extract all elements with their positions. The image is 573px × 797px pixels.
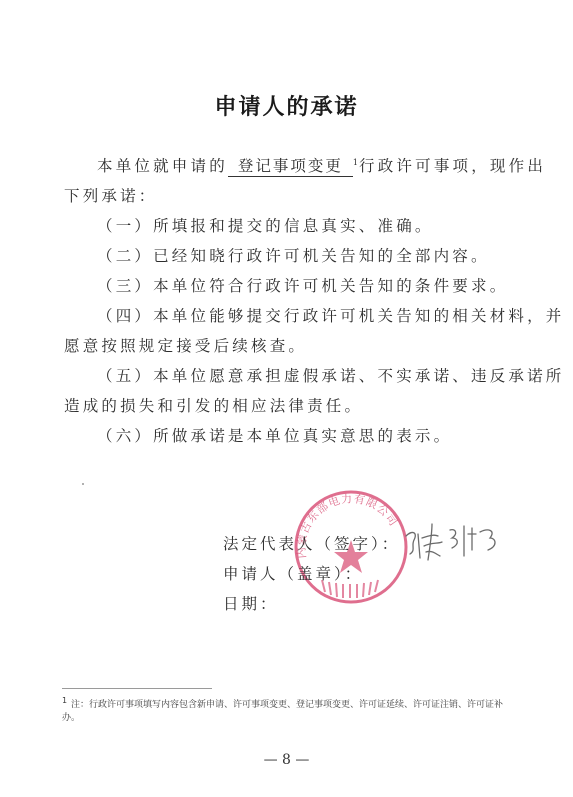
commitment-4-line-2: 愿意按照规定接受后续核查。 [64, 334, 307, 356]
footnote-text: 注：行政许可事项填写内容包含新申请、许可事项变更、登记事项变更、许可证延续、许可… [62, 700, 503, 723]
intro-line-1: 本单位就申请的登记事项变更1行政许可事项，现作出 [97, 154, 546, 177]
intro-prefix: 本单位就申请的 [97, 157, 228, 175]
footnote-marker: 1 [62, 696, 67, 705]
intro-suffix: 行政许可事项，现作出 [359, 157, 546, 175]
document-page: 申请人的承诺 本单位就申请的登记事项变更1行政许可事项，现作出 下列承诺： （一… [0, 0, 573, 797]
page-title: 申请人的承诺 [0, 90, 573, 121]
commitment-3: （三）本单位符合行政许可机关告知的条件要求。 [97, 274, 508, 296]
filled-item-field: 登记事项变更 [228, 154, 353, 177]
applicant-seal-label: 申请人（盖章）： [223, 562, 363, 584]
footnote: 1 注：行政许可事项填写内容包含新申请、许可事项变更、登记事项变更、许可证延续、… [62, 694, 507, 725]
legal-rep-signature-label: 法定代表人（签字）： [223, 532, 400, 554]
footnote-divider [62, 688, 212, 689]
commitment-2: （二）已经知晓行政许可机关告知的全部内容。 [97, 244, 490, 266]
commitment-5-line-2: 造成的损失和引发的相应法律责任。 [64, 394, 363, 416]
scan-speck [82, 483, 84, 485]
commitment-1: （一）所填报和提交的信息真实、准确。 [97, 214, 434, 236]
commitment-6: （六）所做承诺是本单位真实意思的表示。 [97, 424, 452, 446]
page-number: — 8 — [0, 752, 573, 768]
date-label: 日期： [223, 592, 279, 614]
commitment-5-line-1: （五）本单位愿意承担虚假承诺、不实承诺、违反承诺所 [97, 364, 565, 386]
footnote-ref: 1 [353, 158, 358, 167]
commitment-4-line-1: （四）本单位能够提交行政许可机关告知的相关材料，并 [97, 304, 565, 326]
handwritten-signature-icon [402, 520, 502, 562]
intro-line-2: 下列承诺： [64, 184, 158, 206]
